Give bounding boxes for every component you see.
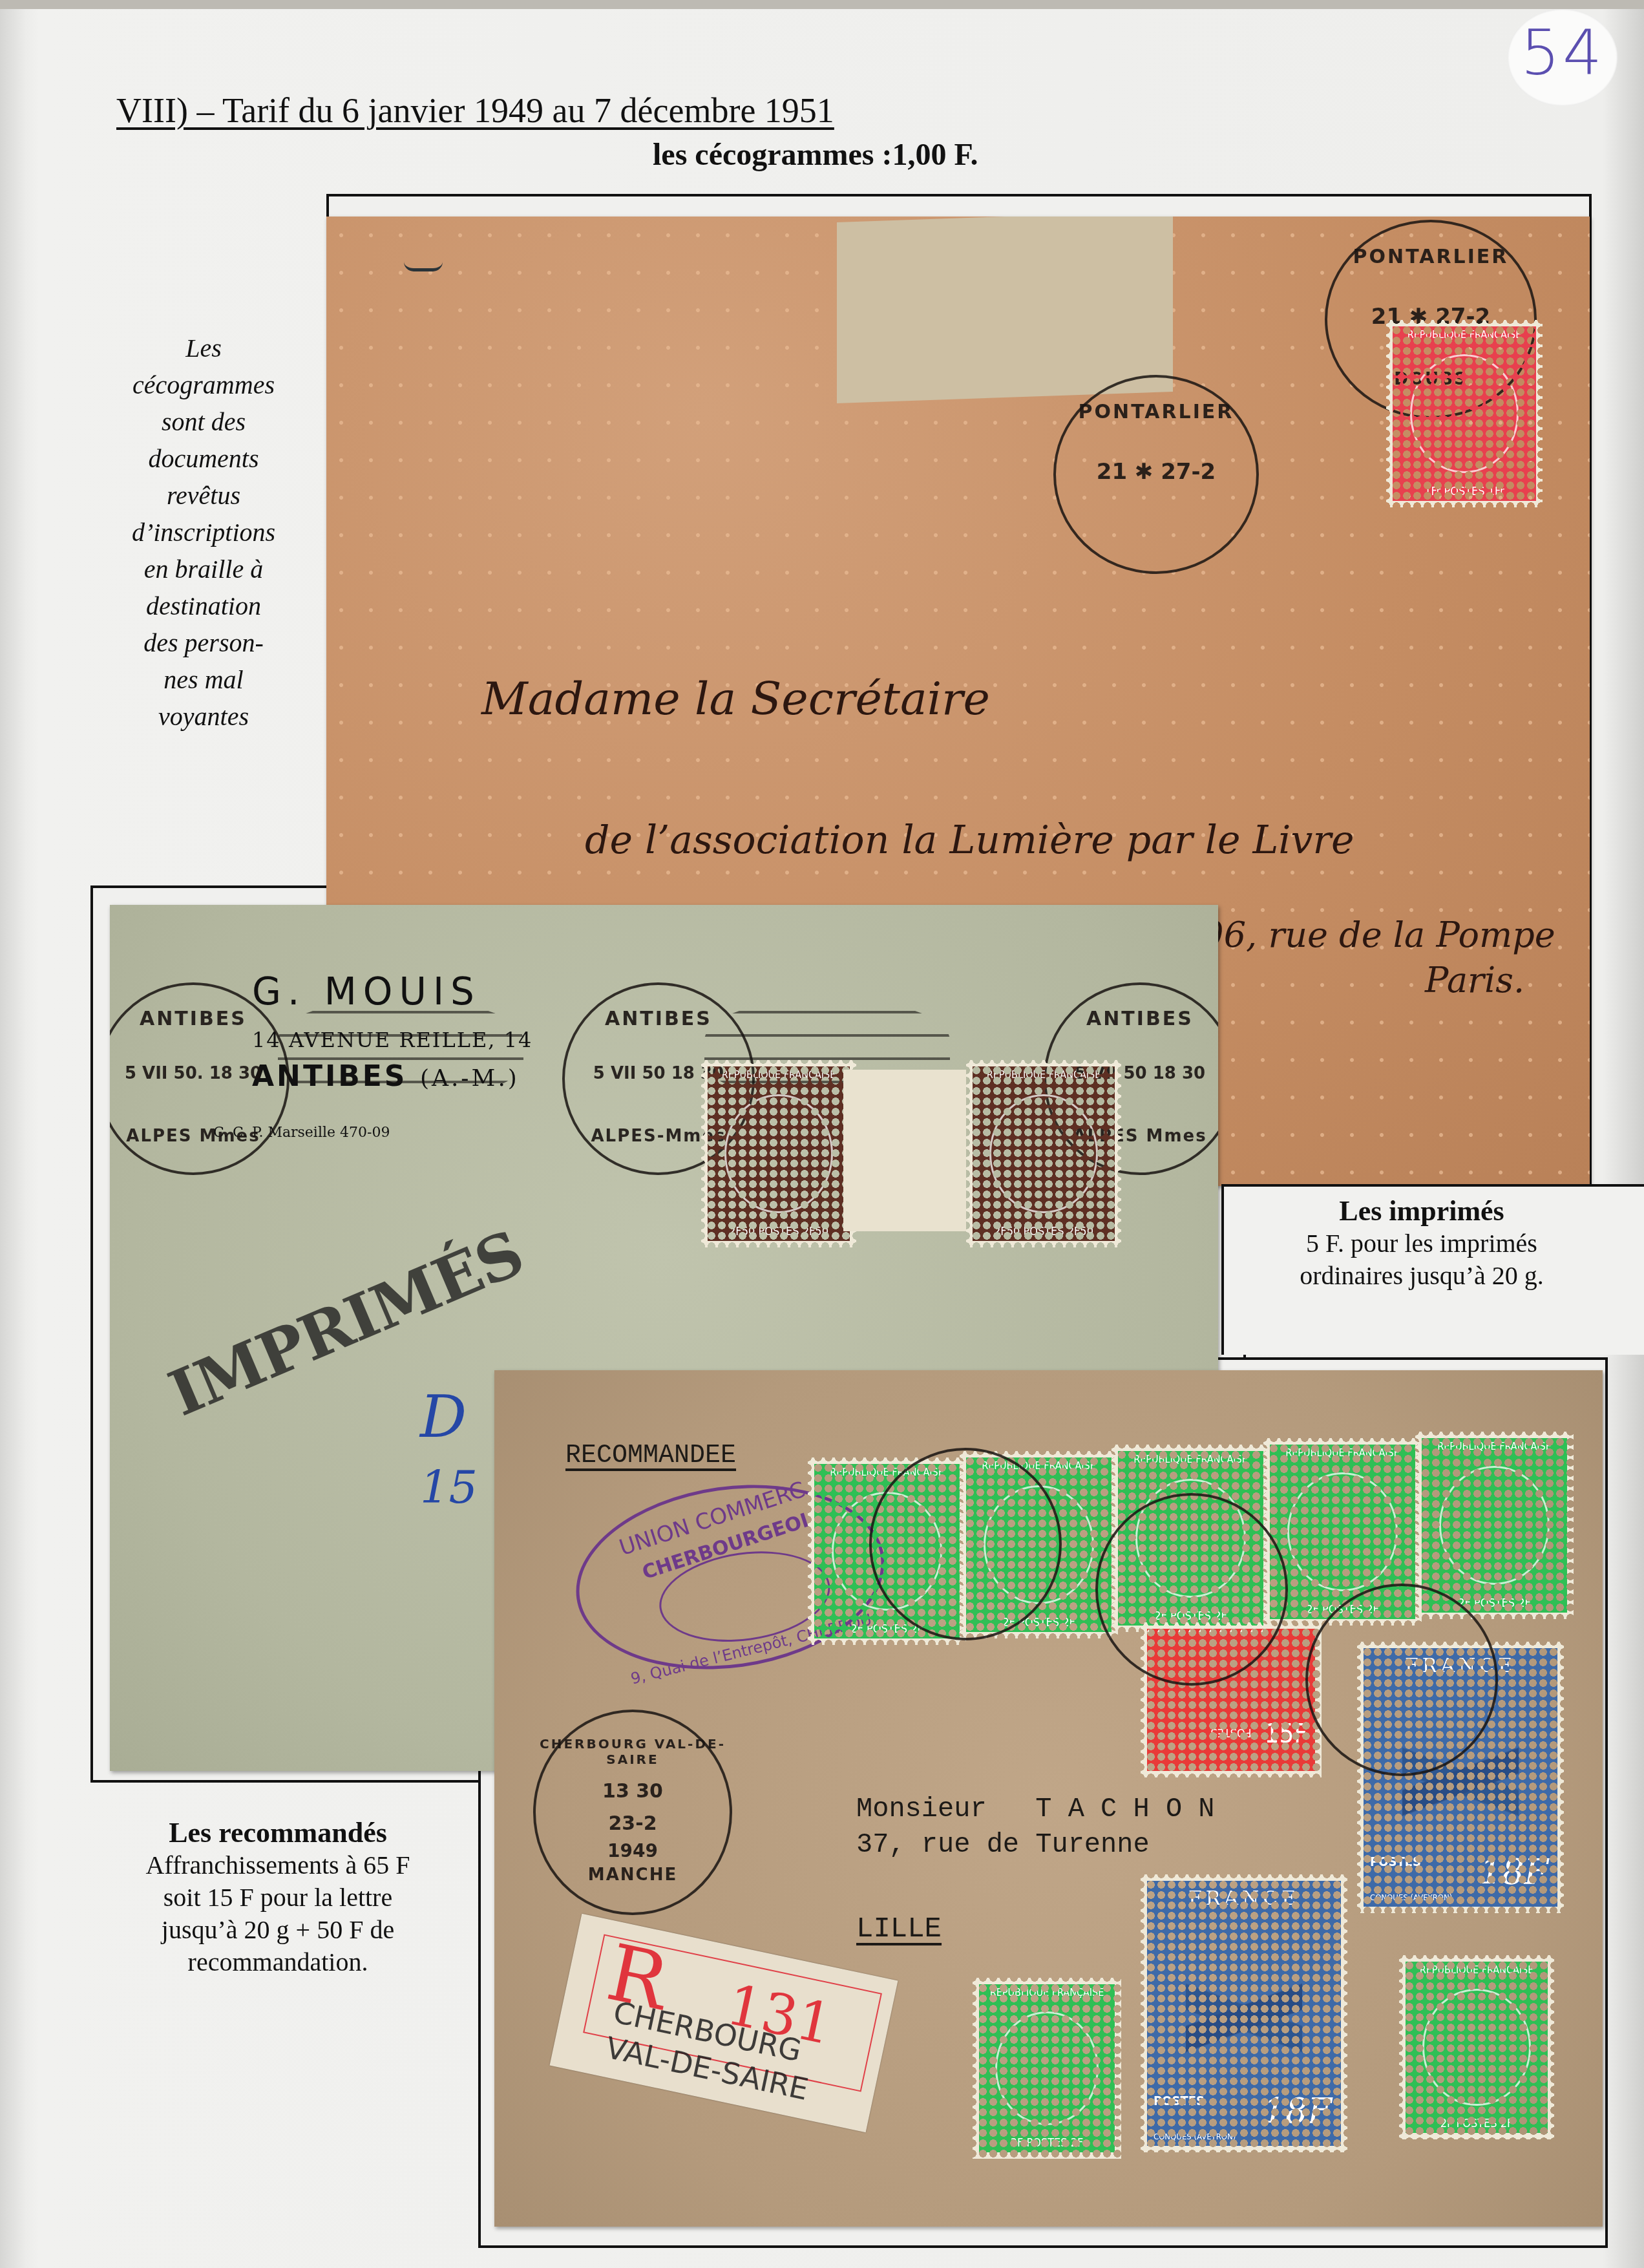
note-imprimes: Les imprimés 5 F. pour les imprimés ordi… [1228, 1194, 1616, 1292]
stamp-ceres-2f50-brown-left: REPUBLIQUE FRANÇAISE 2F50 POSTES 2F50 [701, 1060, 856, 1247]
note-line: revêtus [84, 477, 323, 514]
note-line: cécogrammes [84, 366, 323, 403]
note-line: 5 F. pour les imprimés [1228, 1227, 1616, 1260]
paper-patch [837, 217, 1173, 403]
address-line-1: Madame la Secrétaire [481, 672, 990, 725]
abbey-illustration [1186, 1955, 1302, 2088]
note-line: recommandation. [97, 1946, 459, 1978]
stamp-conques-18f-blue: FRANCE POSTES 18F CONQUES (AVEYRON) [1141, 1874, 1347, 2152]
note-cecogrammes: Les cécogrammes sont des documents revêt… [84, 330, 323, 735]
handwritten-initial: D [420, 1383, 467, 1451]
note-heading: Les recommandés [97, 1816, 459, 1849]
stamp-gutter [843, 1070, 966, 1231]
note-line: Affranchissements à 65 F [97, 1849, 459, 1881]
ceres-head-icon [1439, 1466, 1550, 1585]
postmark-pontarlier-2: PONTARLIER 21 ✱ 27-2 [1053, 375, 1259, 574]
postmark-cherbourg-2 [1095, 1493, 1288, 1686]
postmark-cherbourg-arrival: CHERBOURG VAL-DE-SAIRE 13 30 23-2 1949 M… [533, 1710, 732, 1915]
stamp-ceres-2f-green: REPUBLIQUE FRANÇAISE2F POSTES 2F [1399, 1955, 1554, 2139]
postmark-antibes-1: ANTIBES 5 VII 50. 18 30 ALPES Mmes [110, 982, 290, 1175]
note-line: d’inscriptions [84, 514, 323, 551]
registration-label: R 131 CHERBOURG VAL-DE-SAIRE [550, 1914, 898, 2133]
recipient-name: Monsieur T A C H O N [856, 1794, 1215, 1825]
note-line: nes mal [84, 661, 323, 698]
imprimes-cachet: IMPRIMÉS [159, 1216, 533, 1430]
note-line: voyantes [84, 698, 323, 735]
ceres-head-icon [1410, 354, 1519, 473]
address-line-2: de l’association la Lumière par le Livre [585, 818, 1354, 863]
note-line: en braille à [84, 551, 323, 588]
note-line: Les [84, 330, 323, 366]
stamp-ceres-2f50-brown-right: REPUBLIQUE FRANÇAISE 2F50 POSTES 2F50 [966, 1060, 1121, 1247]
staple-icon [404, 262, 443, 271]
page-number-badge: 54 [1508, 9, 1618, 106]
recommandee-header: RECOMMANDEE [565, 1441, 736, 1470]
ceres-head-icon [1422, 1989, 1530, 2105]
wavy-cancel-lines [278, 1002, 523, 1099]
recipient-city: LILLE [856, 1913, 942, 1945]
stamp-ceres-1f-red: REPUBLIQUE FRANÇAISE 1Fr POSTES 1Fr [1386, 320, 1543, 507]
note-heading: Les imprimés [1228, 1194, 1616, 1227]
postmark-cherbourg-1 [869, 1448, 1062, 1640]
note-line: documents [84, 440, 323, 477]
recommande-cover: RECOMMANDEE UNION COMMERC CHERBOURGEOI 9… [494, 1370, 1603, 2227]
page-title: VIII) – Tarif du 6 janvier 1949 au 7 déc… [116, 90, 834, 131]
note-recommandes: Les recommandés Affranchissements à 65 F… [97, 1816, 459, 1978]
ceres-head-icon [989, 1094, 1097, 1213]
note-line: jusqu’à 20 g + 50 F de [97, 1914, 459, 1946]
stamp-ceres-2f-green: REPUBLIQUE FRANÇAISE2F POSTES 2F [973, 1978, 1121, 2159]
ceres-head-icon [724, 1094, 832, 1213]
handwritten-number: 15 [420, 1461, 478, 1514]
address-line-3: 106, rue de la Pompe [1179, 915, 1555, 955]
note-line: destination [84, 588, 323, 624]
address-line-4: Paris. [1425, 960, 1524, 1001]
note-line: des person- [84, 624, 323, 661]
page-subtitle: les cécogrammes :1,00 F. [653, 137, 978, 173]
note-line: sont des [84, 403, 323, 440]
page-number: 54 [1508, 17, 1618, 89]
ceres-head-icon [1287, 1472, 1398, 1591]
recipient-street: 37, rue de Turenne [856, 1829, 1150, 1860]
postmark-cherbourg-3 [1305, 1584, 1498, 1776]
ceres-head-icon [995, 2011, 1099, 2126]
page-top-edge [0, 0, 1644, 9]
note-line: soit 15 F pour la lettre [97, 1881, 459, 1914]
note-line: ordinaires jusqu’à 20 g. [1228, 1260, 1616, 1292]
